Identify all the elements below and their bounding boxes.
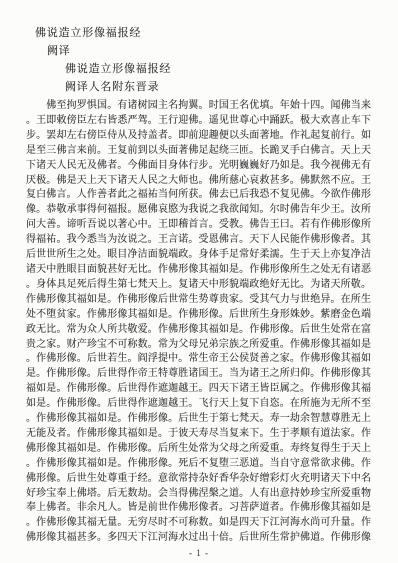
page-number: - 1 - [0, 547, 398, 559]
sutra-translator-note: 阙译人名附东晋录 [65, 78, 398, 96]
sutra-body-text: 佛至拘罗惧国。有诸树园主名拘翼。时国王名优填。年始十四。闻佛当来 。王即敕傍臣左… [26, 99, 398, 546]
sutra-title: 佛说造立形像福报经 [65, 60, 398, 78]
document-title: 佛说造立形像福报经 [35, 24, 398, 42]
translator-note: 阙译 [47, 42, 398, 60]
sutra-page: 佛说造立形像福报经 阙译 佛说造立形像福报经 阙译人名附东晋录 佛至拘罗惧国。有… [0, 0, 398, 563]
